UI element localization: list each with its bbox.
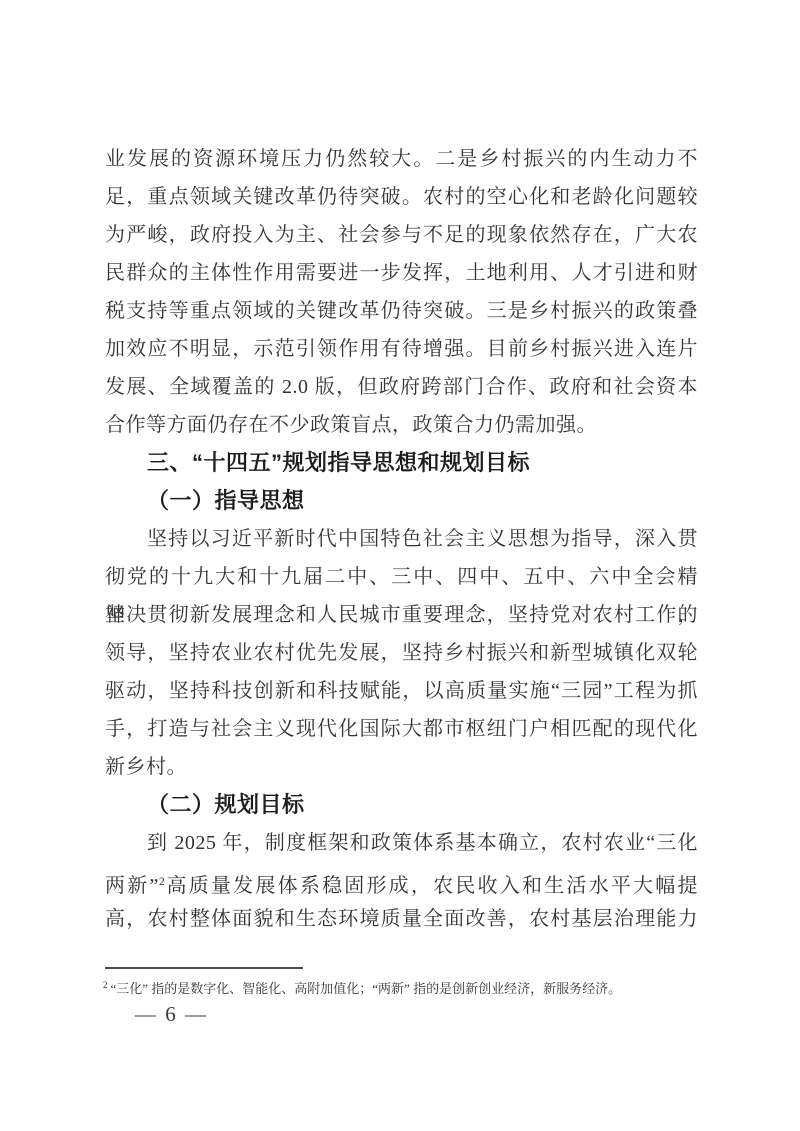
body-line: 坚持以习近平新时代中国特色社会主义思想为指导，深入贯	[105, 520, 698, 558]
body-line: 税支持等重点领域的关键改革仍待突破。三是乡村振兴的政策叠	[105, 292, 698, 330]
body-line: 加效应不明显，示范引领作用有待增强。目前乡村振兴进入连片	[105, 330, 698, 368]
body-line: 为严峻，政府投入为主、社会参与不足的现象依然存在，广大农	[105, 216, 698, 254]
sub-heading-planning-goals: （二）规划目标	[105, 786, 698, 824]
body-line: 足，重点领域关键改革仍待突破。农村的空心化和老龄化问题较	[105, 178, 698, 216]
body-line-with-footnote-ref: 两新”2高质量发展体系稳固形成，农民收入和生活水平大幅提	[105, 862, 698, 900]
document-text-block: 业发展的资源环境压力仍然较大。二是乡村振兴的内生动力不 足，重点领域关键改革仍待…	[105, 140, 698, 938]
body-text-segment: 高质量发展体系稳固形成，农民收入和生活水平大幅提	[165, 875, 698, 897]
body-line: 新乡村。	[105, 748, 698, 786]
footnote: 2“三化” 指的是数字化、智能化、高附加值化；“两新” 指的是创新创业经济，新服…	[103, 976, 663, 998]
body-line: 民群众的主体性作用需要进一步发挥，土地利用、人才引进和财	[105, 254, 698, 292]
body-line: 驱动，坚持科技创新和科技赋能，以高质量实施“三园”工程为抓	[105, 672, 698, 710]
footnote-separator-rule	[105, 967, 303, 969]
footnote-marker-superscript: 2	[103, 980, 108, 990]
body-line: 手，打造与社会主义现代化国际大都市枢纽门户相匹配的现代化	[105, 710, 698, 748]
body-line: 高，农村整体面貌和生态环境质量全面改善，农村基层治理能力	[105, 900, 698, 938]
body-text-segment: 两新”	[105, 875, 159, 897]
sub-heading-guiding-ideology: （一）指导思想	[105, 482, 698, 520]
page-number: — 6 —	[135, 1002, 208, 1027]
footnote-text: “三化” 指的是数字化、智能化、高附加值化；“两新” 指的是创新创业经济，新服务…	[111, 981, 622, 996]
section-heading: 三、“十四五”规划指导思想和规划目标	[105, 444, 698, 482]
body-line: 到 2025 年，制度框架和政策体系基本确立，农村农业“三化	[105, 824, 698, 862]
body-line: 坚决贯彻新发展理念和人民城市重要理念，坚持党对农村工作的	[105, 596, 698, 634]
document-page: 业发展的资源环境压力仍然较大。二是乡村振兴的内生动力不 足，重点领域关键改革仍待…	[0, 0, 800, 1131]
body-line: 发展、全域覆盖的 2.0 版，但政府跨部门合作、政府和社会资本	[105, 368, 698, 406]
body-line: 彻党的十九大和十九届二中、三中、四中、五中、六中全会精神，	[105, 558, 698, 596]
body-line: 合作等方面仍存在不少政策盲点，政策合力仍需加强。	[105, 406, 698, 444]
body-line: 领导，坚持农业农村优先发展，坚持乡村振兴和新型城镇化双轮	[105, 634, 698, 672]
body-line: 业发展的资源环境压力仍然较大。二是乡村振兴的内生动力不	[105, 140, 698, 178]
